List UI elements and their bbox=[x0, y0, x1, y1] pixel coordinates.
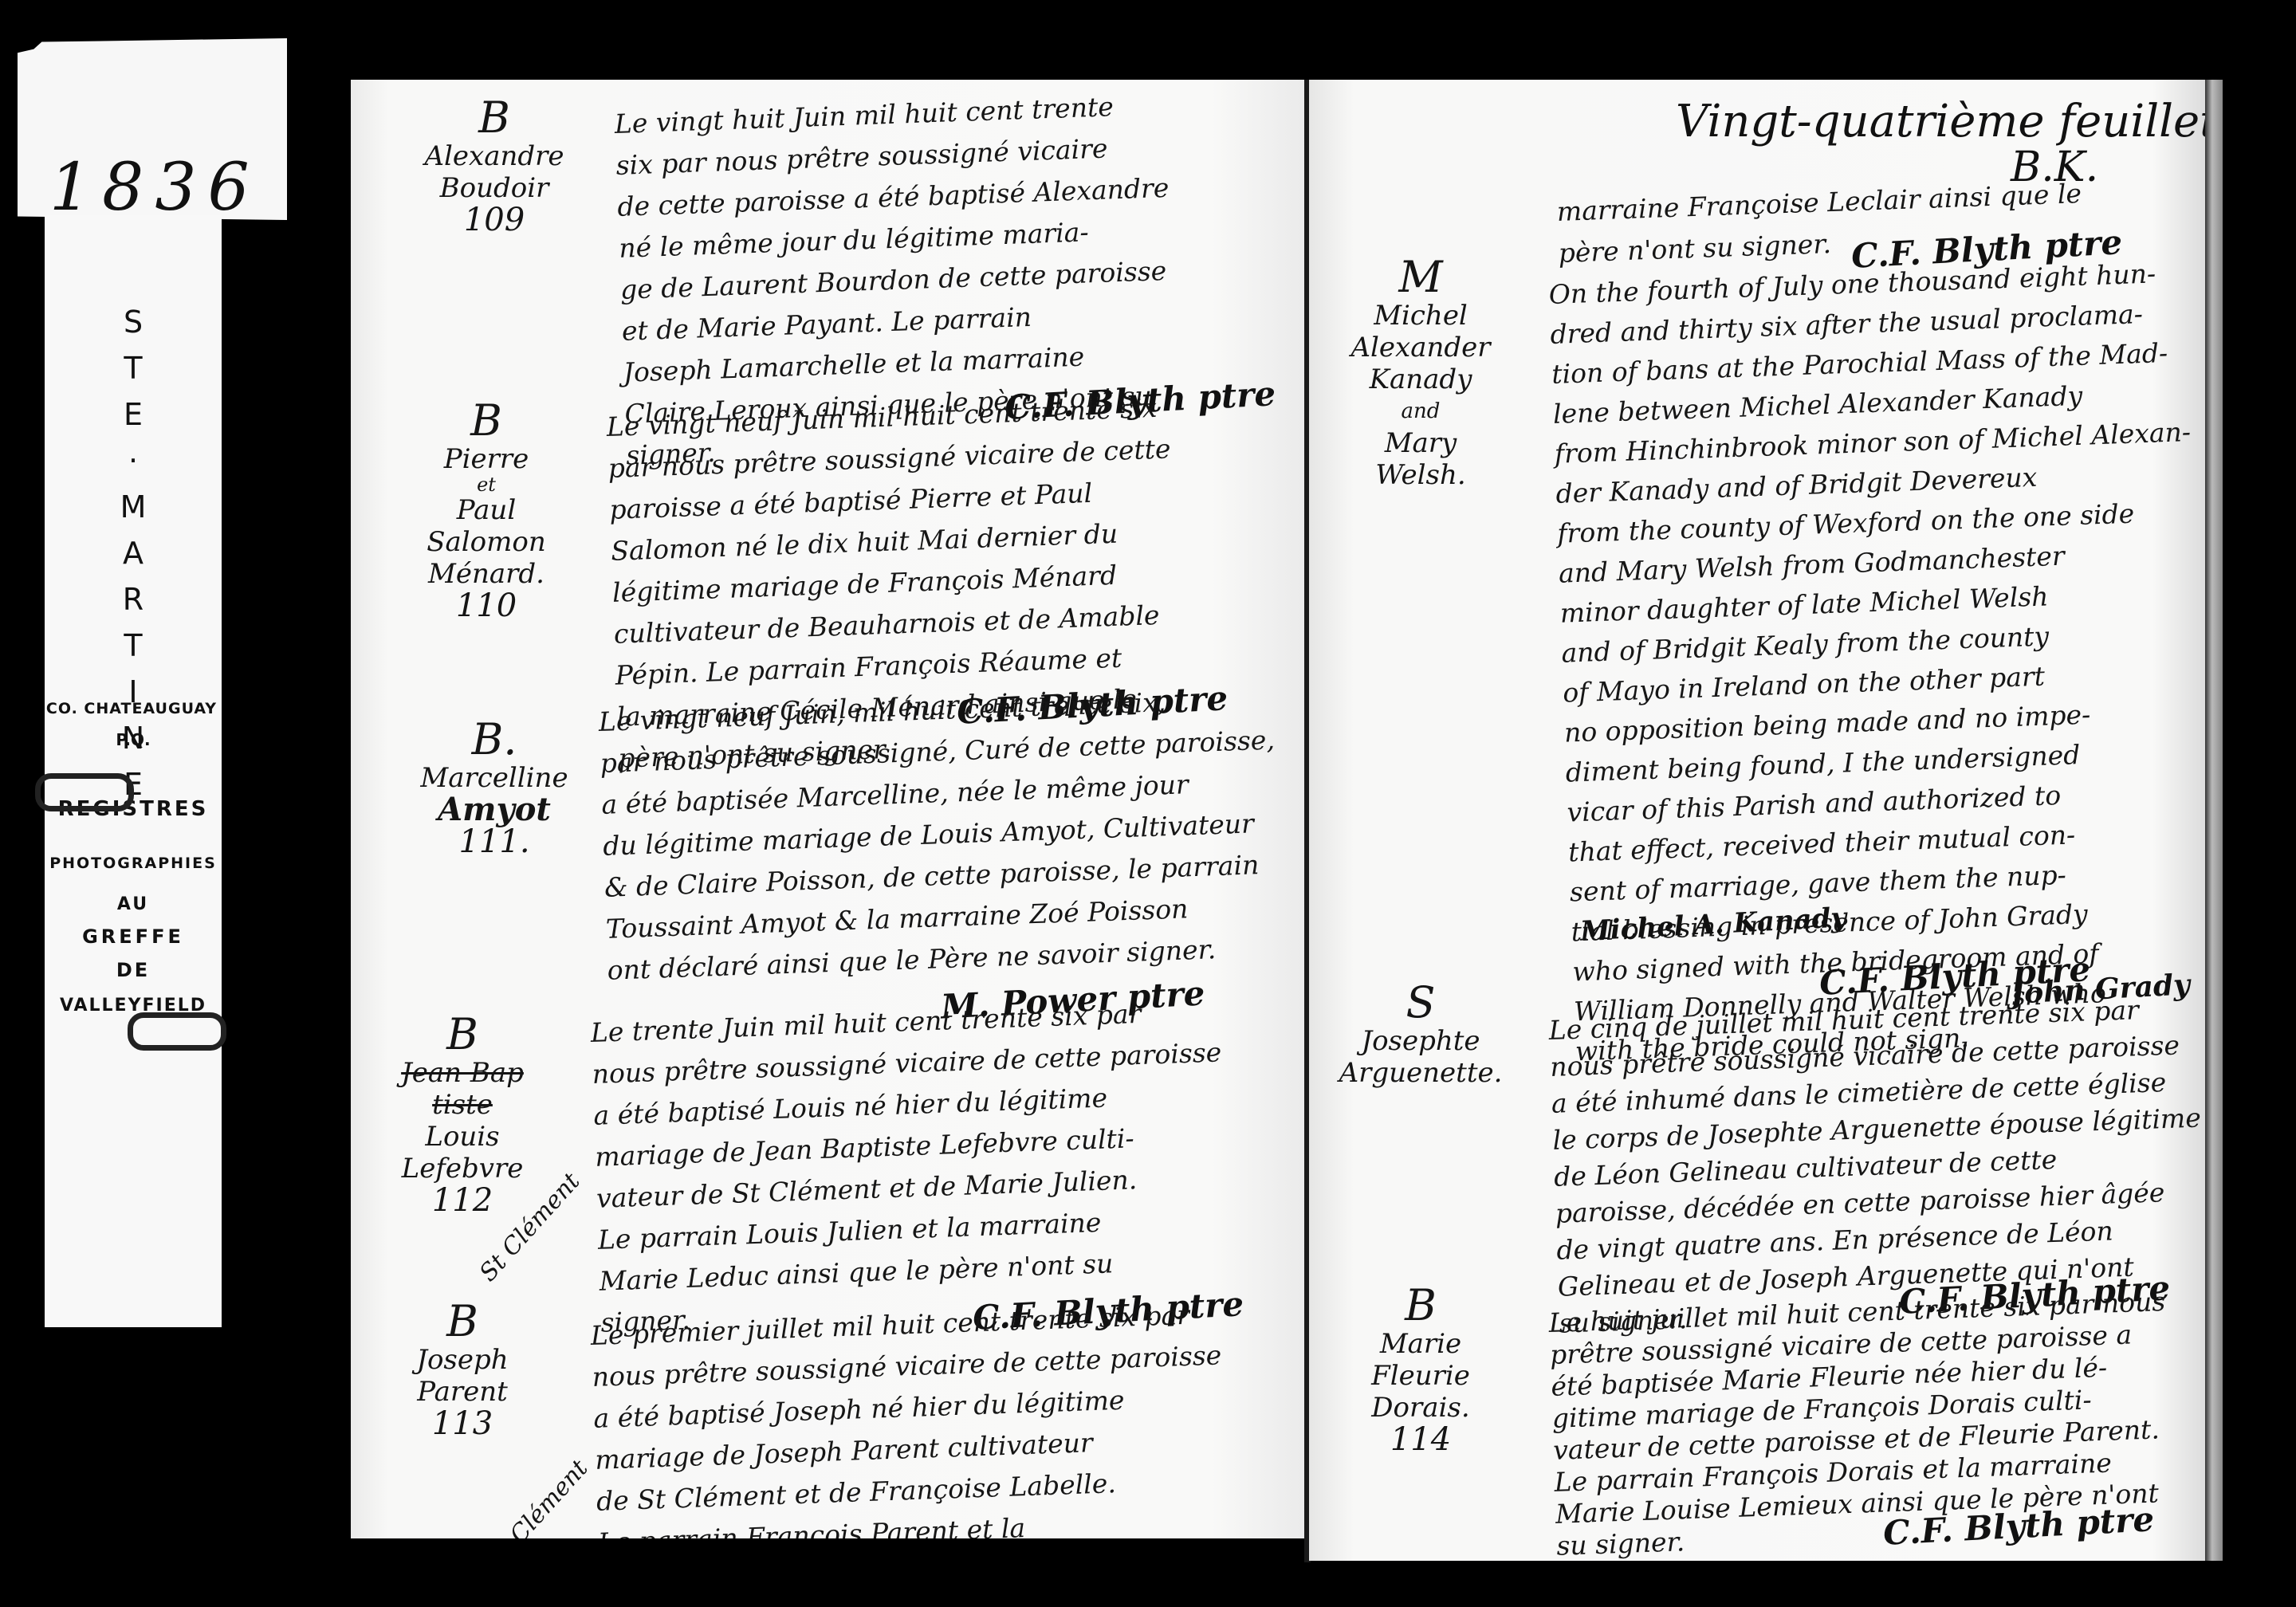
parish-letter: · bbox=[45, 438, 222, 484]
left-page: B Alexandre Boudoir 109 Le vingt huit Ju… bbox=[351, 80, 1307, 1538]
margin-note-burial: S Josephte Arguenette. bbox=[1325, 980, 1516, 1089]
margin-name: Josephte bbox=[1325, 1025, 1516, 1057]
margin-name: et bbox=[399, 475, 574, 494]
entry-type-mark: B bbox=[415, 96, 574, 140]
margin-name: Lefebvre bbox=[367, 1153, 558, 1185]
margin-name: Amyot bbox=[407, 794, 582, 826]
margin-name: Boudoir bbox=[415, 172, 574, 204]
margin-name: Welsh. bbox=[1333, 459, 1508, 491]
right-page: Vingt-quatrième feuillet – 24 B.K. marra… bbox=[1309, 80, 2206, 1561]
province-label: P.Q. bbox=[45, 730, 222, 749]
margin-note-110: B Pierre et Paul Salomon Ménard. 110 bbox=[399, 399, 574, 622]
margin-name: Salomon bbox=[399, 526, 574, 558]
stamp-line: DE bbox=[45, 959, 222, 981]
entry-number: 109 bbox=[415, 204, 574, 236]
parish-letter: A bbox=[45, 530, 222, 576]
margin-note-114: B Marie Fleurie Dorais. 114 bbox=[1333, 1283, 1508, 1456]
side-note: St Clément bbox=[481, 1453, 595, 1538]
entry-number: 113 bbox=[375, 1408, 550, 1440]
parish-letter: S bbox=[45, 299, 222, 345]
parish-letter: R bbox=[45, 576, 222, 623]
margin-name: Mary bbox=[1333, 427, 1508, 459]
margin-name: Fleurie bbox=[1333, 1360, 1508, 1392]
margin-name-struck: tiste bbox=[367, 1089, 558, 1121]
entry-type-mark: B bbox=[1333, 1283, 1508, 1328]
margin-name: Joseph bbox=[375, 1344, 550, 1376]
margin-name: Alexander bbox=[1333, 332, 1508, 363]
entry-number: 110 bbox=[399, 590, 574, 622]
entry-type-mark: M bbox=[1333, 255, 1508, 300]
county-label: CO. CHATEAUGUAY bbox=[40, 700, 223, 717]
margin-name: Ménard. bbox=[399, 558, 574, 590]
entry-type-mark: B. bbox=[407, 717, 582, 762]
margin-name: and bbox=[1333, 395, 1508, 427]
folio-title: Vingt-quatrième feuillet – 24 bbox=[1676, 96, 2206, 147]
paperclip-icon bbox=[35, 773, 134, 811]
margin-name: Arguenette. bbox=[1325, 1057, 1516, 1089]
entry-number: 111. bbox=[407, 826, 582, 858]
margin-name: Paul bbox=[399, 494, 574, 526]
margin-note-109: B Alexandre Boudoir 109 bbox=[415, 96, 574, 236]
register-year: 1836 bbox=[49, 150, 261, 226]
margin-name: Michel bbox=[1333, 300, 1508, 332]
entry-text-marriage: On the fourth of July one thousand eight… bbox=[1548, 253, 2206, 1071]
archival-label-strip: S T E · M A R T I N E CO. CHATEAUGUAY P.… bbox=[45, 215, 222, 1327]
parish-letter: M bbox=[45, 484, 222, 530]
stamp-line: AU bbox=[45, 894, 222, 914]
parish-letter: T bbox=[45, 345, 222, 391]
entry-type-mark: B bbox=[399, 399, 574, 443]
entry-type-mark: B bbox=[367, 1012, 558, 1057]
margin-name: Kanady bbox=[1333, 363, 1508, 395]
entry-type-mark: B bbox=[375, 1299, 550, 1344]
margin-note-111: B. Marcelline Amyot 111. bbox=[407, 717, 582, 858]
parish-letter: T bbox=[45, 623, 222, 669]
parish-letter: E bbox=[45, 391, 222, 438]
margin-note-112: B Jean Bap tiste Louis Lefebvre 112 bbox=[367, 1012, 558, 1216]
entry-text-113: Le premier juillet mil huit cent trente … bbox=[590, 1293, 1228, 1538]
entry-text-111: Le vingt neuf Juin, mil huit cent trente… bbox=[598, 678, 1283, 991]
stamp-line: GREFFE bbox=[45, 925, 222, 948]
margin-name: Marcelline bbox=[407, 762, 582, 794]
margin-note-marriage: M Michel Alexander Kanady and Mary Welsh… bbox=[1333, 255, 1508, 491]
margin-name: Louis bbox=[367, 1121, 558, 1153]
paperclip-icon bbox=[128, 1012, 226, 1051]
margin-name-struck: Jean Bap bbox=[367, 1057, 558, 1089]
margin-name: Dorais. bbox=[1333, 1392, 1508, 1424]
margin-name: Marie bbox=[1333, 1328, 1508, 1360]
margin-name: Pierre bbox=[399, 443, 574, 475]
year-card: 1836 bbox=[18, 38, 287, 220]
margin-name: Alexandre bbox=[415, 140, 574, 172]
stamp-line: PHOTOGRAPHIES bbox=[45, 855, 222, 872]
entry-number: 114 bbox=[1333, 1424, 1508, 1456]
folio-title-text: Vingt-quatrième feuillet bbox=[1676, 96, 2206, 147]
entry-type-mark: S bbox=[1325, 980, 1516, 1025]
margin-note-113: B Joseph Parent 113 bbox=[375, 1299, 550, 1440]
book-page-edge bbox=[2205, 80, 2223, 1561]
margin-name: Parent bbox=[375, 1376, 550, 1408]
